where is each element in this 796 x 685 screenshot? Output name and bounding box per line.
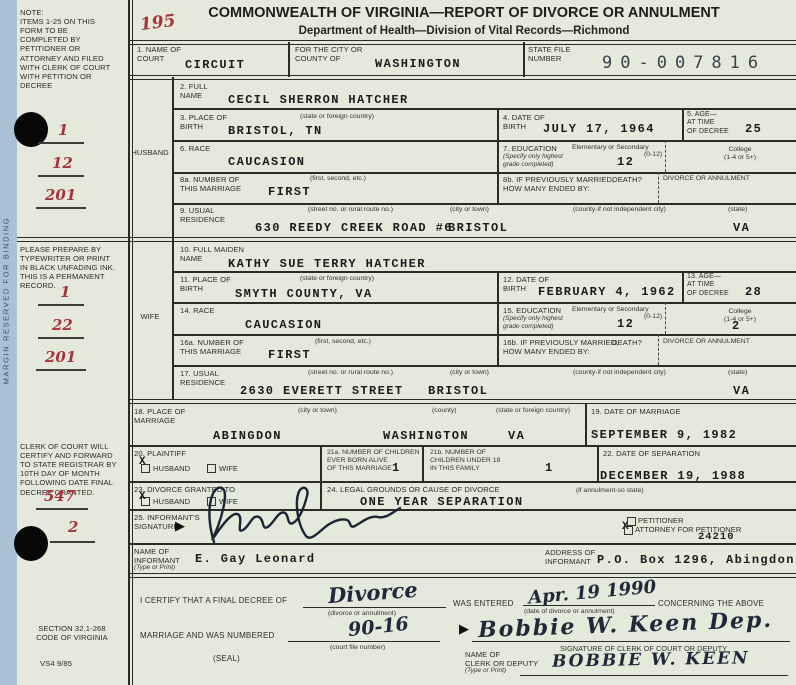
margin-code-section: SECTION 32.1-268 CODE OF VIRGINIA — [18, 624, 126, 642]
husband-residence-label: 9. USUAL RESIDENCE — [180, 206, 225, 224]
decree-handwritten-value: Divorce — [327, 577, 418, 608]
wife-marriage-number-value: FIRST — [268, 348, 311, 362]
clerk-signature-handwritten: Bobbie W. Keen Dep. — [478, 607, 774, 643]
wife-residence-state-hint: (state) — [728, 369, 747, 376]
husband-residence-city-value: BRISTOL — [448, 221, 508, 235]
county-label: FOR THE CITY OR COUNTY OF — [295, 45, 362, 63]
husband-edu-college-label: College (1-4 or 5+) — [690, 146, 790, 162]
plaintiff-husband-checkbox-label: HUSBAND — [153, 464, 190, 473]
husband-residence-county-hint: (county-if not independent city) — [573, 206, 666, 213]
row1-divider — [288, 42, 290, 77]
plaintiff-husband-checkmark: X — [139, 456, 146, 468]
wife-education-hint: (Specify only highest grade completed) — [503, 315, 563, 331]
margin-note: NOTE: ITEMS 1-25 ON THIS FORM TO BE COMP… — [20, 8, 126, 90]
children-under18-value: 1 — [545, 461, 554, 475]
entered-date-handwritten-value: Apr. 19 1990 — [527, 576, 657, 608]
wife-marriage-number-label: 16a. NUMBER OF THIS MARRIAGE — [180, 338, 244, 356]
wife-edu-range-label: (0-12) — [644, 313, 662, 320]
col-divider — [497, 271, 499, 365]
husband-birthplace-value: BRISTOL, TN — [228, 124, 323, 138]
prev-marriage-divider — [658, 172, 659, 203]
wife-band-label: WIFE — [128, 312, 172, 321]
marriage-state-value: VA — [508, 429, 525, 443]
margin-handwritten-201: 201 — [45, 186, 76, 204]
col-divider — [682, 108, 684, 140]
wife-residence-city-value: BRISTOL — [428, 384, 488, 398]
husband-band-label: HUSBAND — [128, 148, 172, 157]
rule-husband-wife — [17, 237, 796, 242]
scanned-divorce-report: MARGIN RESERVED FOR BINDING NOTE: ITEMS … — [0, 0, 796, 685]
wife-prev-death-label: DEATH? — [612, 338, 642, 347]
margin-handwritten-547: 547 — [44, 487, 75, 505]
form-left-border — [128, 0, 130, 685]
informant-name-hint: (Type or Print) — [134, 564, 175, 571]
granted-husband-checkbox-label: HUSBAND — [153, 497, 190, 506]
wife-prev-divorce-label: DIVORCE OR ANNULMENT — [663, 338, 750, 345]
granted-husband-checkmark: X — [139, 491, 146, 503]
wife-residence-street-value: 2630 EVERETT STREET — [240, 384, 403, 398]
rule — [128, 445, 796, 447]
edu-divider — [665, 140, 666, 172]
col-divider — [497, 108, 499, 203]
separation-date-value: DECEMBER 19, 1988 — [600, 469, 746, 483]
informant-address-label: ADDRESS OF INFORMANT — [545, 548, 595, 566]
children-born-value: 1 — [392, 461, 401, 475]
husband-residence-street-hint: (street no. or rural route no.) — [308, 206, 393, 213]
clerk-name-line — [520, 675, 788, 676]
husband-dob-value: JULY 17, 1964 — [543, 122, 655, 136]
margin-blank-line — [38, 142, 84, 144]
margin-handwritten-2: 2 — [68, 518, 78, 536]
rule-under-row1 — [128, 75, 796, 80]
margin-blank-line — [38, 304, 84, 306]
court-file-blank-line — [288, 641, 440, 642]
margin-blank-line — [38, 175, 84, 177]
court-name-label: 1. NAME OF COURT — [137, 45, 181, 63]
marriage-place-label: 18. PLACE OF MARRIAGE — [134, 407, 185, 425]
county-value: WASHINGTON — [375, 57, 461, 71]
court-file-handwritten-value: 90-16 — [347, 613, 410, 641]
plaintiff-wife-checkbox-label: WIFE — [219, 464, 238, 473]
wife-residence-city-hint: (city or town) — [450, 369, 489, 376]
rule-under-header — [128, 40, 796, 45]
husband-prev-death-label: DEATH? — [612, 175, 642, 184]
rule — [172, 108, 796, 110]
state-file-number: 90-007816 — [602, 53, 766, 73]
form-title: COMMONWEALTH OF VIRGINIA—REPORT OF DIVOR… — [132, 5, 796, 21]
was-entered-label: WAS ENTERED — [453, 599, 514, 608]
form-subtitle: Department of Health—Division of Vital R… — [132, 25, 796, 37]
husband-residence-state-hint: (state) — [728, 206, 747, 213]
husband-residence-state-value: VA — [733, 221, 750, 235]
wife-residence-county-hint: (county-if not independent city) — [573, 369, 666, 376]
margin-blank-line — [38, 337, 84, 339]
rule — [172, 203, 796, 205]
husband-dob-label: 4. DATE OF BIRTH — [503, 113, 545, 131]
wife-edu-elementary-label: Elementary or Secondary — [572, 306, 649, 313]
wife-residence-street-hint: (street no. or rural route no.) — [308, 369, 393, 376]
husband-name-value: CECIL SHERRON HATCHER — [228, 93, 409, 107]
marriage-date-label: 19. DATE OF MARRIAGE — [591, 407, 681, 416]
col-divider — [422, 445, 424, 481]
husband-marriage-number-value: FIRST — [268, 185, 311, 199]
wife-age-label: 13. AGE— AT TIME OF DECREE — [687, 273, 729, 298]
margin-blank-line — [36, 207, 86, 209]
informant-signature-label: 25. INFORMANT'S SIGNATURE — [134, 513, 200, 531]
margin-handwritten-1b: 1 — [60, 283, 70, 301]
husband-prev-divorce-label: DIVORCE OR ANNULMENT — [663, 175, 750, 182]
wife-birthplace-value: SMYTH COUNTY, VA — [235, 287, 373, 301]
attorney-checkmark: X — [622, 521, 629, 533]
informant-name-label: NAME OF INFORMANT — [134, 547, 180, 565]
husband-race-label: 6. RACE — [180, 144, 210, 153]
marriage-numbered-label: MARRIAGE AND WAS NUMBERED — [140, 631, 275, 640]
marriage-city-value: ABINGDON — [213, 429, 282, 443]
concerning-label: CONCERNING THE ABOVE — [658, 599, 764, 608]
husband-edu-elementary-label: Elementary or Secondary — [572, 144, 649, 151]
court-file-hint: (court file number) — [330, 644, 385, 651]
seal-label: (SEAL) — [213, 654, 240, 663]
marriage-date-value: SEPTEMBER 9, 1982 — [591, 428, 737, 442]
annulment-hint: (if annulment-so state) — [576, 487, 644, 494]
state-file-label: STATE FILE NUMBER — [528, 45, 571, 63]
rule — [172, 140, 796, 142]
husband-age-value: 25 — [745, 122, 762, 136]
children-born-label: 21a. NUMBER OF CHILDREN EVER BORN ALIVE … — [327, 449, 420, 473]
col-divider — [597, 445, 599, 481]
husband-edu-range-label: (0-12) — [644, 151, 662, 158]
edu-divider — [665, 302, 666, 334]
children-under18-label: 21b. NUMBER OF CHILDREN UNDER 18 IN THIS… — [430, 449, 500, 473]
clerk-name-hint: (Type or Print) — [465, 667, 506, 674]
informant-zip-value: 24210 — [698, 531, 735, 543]
husband-residence-street-value: 630 REEDY CREEK ROAD #6 — [255, 221, 453, 235]
clerk-name-handwritten: BOBBIE W. KEEN — [552, 648, 750, 671]
petitioner-checkbox-label: PETITIONER — [638, 516, 684, 525]
binding-margin-label: MARGIN RESERVED FOR BINDING — [2, 151, 15, 451]
margin-handwritten-201b: 201 — [45, 348, 76, 366]
decree-blank-line — [303, 607, 446, 608]
wife-race-value: CAUCASION — [245, 318, 322, 332]
margin-handwritten-1: 1 — [58, 121, 68, 139]
informant-name-value: E. Gay Leonard — [195, 552, 315, 566]
wife-edu-college-value: 2 — [732, 319, 741, 333]
clerk-signature-arrow-icon: ▶ — [459, 622, 469, 635]
husband-birthplace-label: 3. PLACE OF BIRTH — [180, 113, 227, 131]
wife-edu-elementary-value: 12 — [617, 317, 634, 331]
separation-date-label: 22. DATE OF SEPARATION — [603, 449, 700, 458]
prev-marriage-divider — [658, 334, 659, 365]
husband-birthplace-hint: (state or foreign country) — [300, 113, 374, 120]
wife-marriage-number-hint: (first, second, etc.) — [315, 338, 371, 345]
marriage-state-hint: (state or foreign country) — [496, 407, 570, 414]
margin-handwritten-22: 22 — [52, 316, 73, 334]
wife-age-value: 28 — [745, 285, 762, 299]
margin-form-version: VS4 9/85 — [40, 659, 72, 668]
husband-marriage-number-hint: (first, second, etc.) — [310, 175, 366, 182]
husband-name-label: 2. FULL NAME — [180, 82, 208, 100]
margin-clerk-note: CLERK OF COURT WILL CERTIFY AND FORWARD … — [20, 442, 132, 497]
margin-handwritten-12: 12 — [52, 154, 73, 172]
husband-residence-city-hint: (city or town) — [450, 206, 489, 213]
margin-blank-line — [36, 508, 88, 510]
signature-arrow-icon: ▶ — [175, 519, 185, 532]
husband-education-label: 7. EDUCATION — [503, 144, 557, 153]
certify-prefix-label: I CERTIFY THAT A FINAL DECREE OF — [140, 596, 287, 605]
informant-signature-scrawl — [192, 482, 407, 544]
clerk-name-label: NAME OF CLERK OR DEPUTY — [465, 650, 538, 668]
col-divider — [585, 403, 587, 445]
marriage-county-hint: (county) — [432, 407, 457, 414]
wife-birthplace-label: 11. PLACE OF BIRTH — [180, 275, 231, 293]
rule-cert-start — [128, 573, 796, 578]
court-name-value: CIRCUIT — [185, 58, 245, 72]
wife-education-label: 15. EDUCATION — [503, 306, 561, 315]
plaintiff-wife-checkbox — [207, 464, 216, 473]
marriage-city-hint: (city or town) — [298, 407, 337, 414]
col-divider — [682, 271, 684, 302]
wife-birthplace-hint: (state or foreign country) — [300, 275, 374, 282]
husband-education-hint: (Specify only highest grade completed) — [503, 153, 563, 169]
margin-prepare-note: PLEASE PREPARE BY TYPEWRITER OR PRINT IN… — [20, 245, 130, 291]
punch-hole-bottom — [14, 526, 48, 561]
wife-race-label: 14. RACE — [180, 306, 215, 315]
husband-edu-elementary-value: 12 — [617, 155, 634, 169]
husband-race-value: CAUCASION — [228, 155, 305, 169]
row1-divider — [523, 42, 525, 77]
margin-blank-line — [36, 369, 86, 371]
wife-residence-label: 17. USUAL RESIDENCE — [180, 369, 225, 387]
wife-dob-value: FEBRUARY 4, 1962 — [538, 285, 676, 299]
husband-prev-married-label: 8b. IF PREVIOUSLY MARRIED, HOW MANY ENDE… — [503, 175, 614, 193]
wife-residence-state-value: VA — [733, 384, 750, 398]
husband-age-label: 5. AGE— AT TIME OF DECREE — [687, 111, 729, 136]
rule — [172, 302, 796, 304]
rule — [172, 334, 796, 336]
husband-marriage-number-label: 8a. NUMBER OF THIS MARRIAGE — [180, 175, 241, 193]
informant-address-value: P.O. Box 1296, Abingdon, VA — [597, 553, 796, 567]
wife-prev-married-label: 16b. IF PREVIOUSLY MARRIED, HOW MANY END… — [503, 338, 619, 356]
rule — [172, 172, 796, 174]
form-left-border-inner — [132, 0, 134, 685]
marriage-county-value: WASHINGTON — [383, 429, 469, 443]
rule — [172, 365, 796, 367]
wife-name-value: KATHY SUE TERRY HATCHER — [228, 257, 426, 271]
rule-wife-end — [128, 399, 796, 404]
margin-blank-line — [50, 541, 95, 543]
